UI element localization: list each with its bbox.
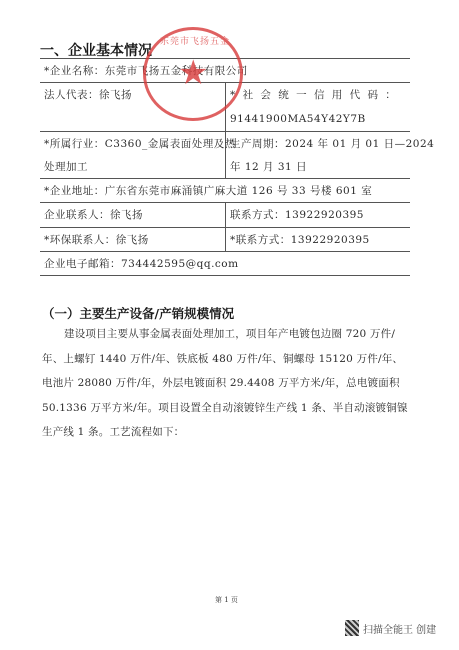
- body-paragraph: 建设项目主要从事金属表面处理加工，项目年产电镀包边圈 720 万件/年、上螺钉 …: [42, 322, 412, 445]
- industry-line1: *所属行业：C3360_金属表面处理及热: [44, 132, 236, 156]
- credit-code-label: * 社 会 统 一 信 用 代 码 ：: [230, 83, 398, 107]
- seal-text: 东莞市飞扬五金科技有限公司: [160, 34, 230, 47]
- scanner-watermark: 扫描全能王 创建: [345, 620, 436, 636]
- qr-code-icon: [345, 620, 359, 636]
- company-address: *企业地址：广东省东莞市麻涌镇广麻大道 126 号 33 号楼 601 室: [44, 179, 372, 203]
- contact-person: 企业联系人：徐飞扬: [44, 203, 143, 227]
- env-contact-phone: *联系方式：13922920395: [230, 228, 370, 252]
- industry-line2: 处理加工: [44, 155, 88, 179]
- company-email: 企业电子邮箱：734442595@qq.com: [44, 252, 239, 276]
- section-title: 一、企业基本情况: [40, 40, 152, 60]
- production-period-line1: 生产周期：2024 年 01 月 01 日—2024: [230, 132, 434, 156]
- page-number: 第 1 页: [215, 595, 238, 605]
- credit-code-value: 91441900MA54Y42Y7B: [230, 107, 366, 131]
- company-seal: 东莞市飞扬五金科技有限公司 ★: [143, 27, 243, 121]
- contact-phone: 联系方式：13922920395: [230, 203, 364, 227]
- legal-representative: 法人代表：徐飞扬: [44, 83, 132, 107]
- scanner-label: 扫描全能王 创建: [363, 621, 436, 636]
- production-period-line2: 年 12 月 31 日: [230, 155, 307, 179]
- star-icon: ★: [178, 56, 208, 90]
- column-divider: [225, 202, 226, 251]
- env-contact-person: *环保联系人：徐飞扬: [44, 228, 149, 252]
- subsection-title: （一）主要生产设备/产销规模情况: [42, 304, 234, 322]
